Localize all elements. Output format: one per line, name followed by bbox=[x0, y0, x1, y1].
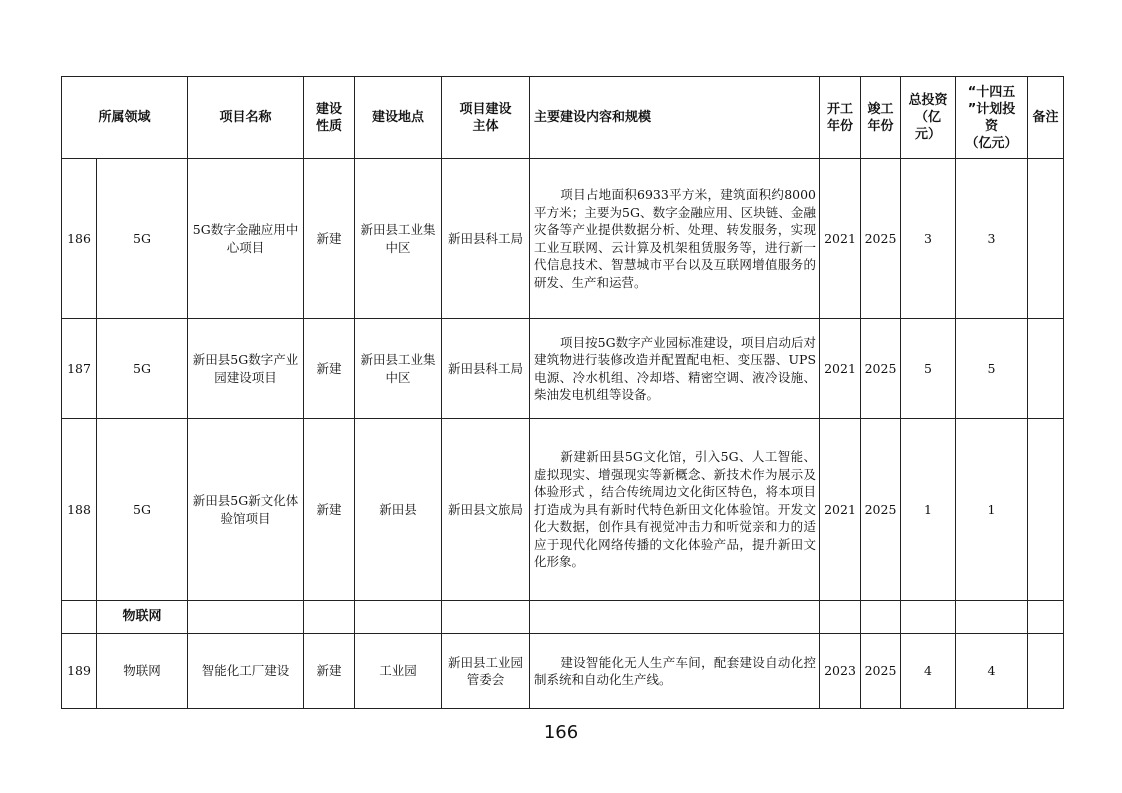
row-owner: 新田县文旅局 bbox=[442, 419, 530, 601]
row-total-investment: 1 bbox=[901, 419, 956, 601]
row-start-year: 2021 bbox=[820, 319, 861, 419]
row-location: 新田县工业集中区 bbox=[355, 159, 442, 319]
row-field: 物联网 bbox=[97, 634, 188, 709]
row-number: 186 bbox=[62, 159, 97, 319]
row-content-text: 建设智能化无人生产车间，配套建设自动化控制系统和自动化生产线。 bbox=[534, 655, 816, 688]
row-number: 187 bbox=[62, 319, 97, 419]
header-start-year: 开工 年份 bbox=[820, 77, 861, 159]
row-total-investment: 3 bbox=[901, 159, 956, 319]
row-owner: 新田县科工局 bbox=[442, 319, 530, 419]
row-nature: 新建 bbox=[304, 319, 355, 419]
header-project-name: 项目名称 bbox=[188, 77, 304, 159]
row-content: 项目按5G数字产业园标准建设，项目启动后对建筑物进行装修改造并配置配电柜、变压器… bbox=[530, 319, 820, 419]
row-number: 189 bbox=[62, 634, 97, 709]
header-row: 所属领域 项目名称 建设 性质 建设地点 项目建设 主体 主要建设内容和规模 开… bbox=[62, 77, 1064, 159]
row-location: 工业园 bbox=[355, 634, 442, 709]
row-field: 5G bbox=[97, 159, 188, 319]
row-location: 新田县工业集中区 bbox=[355, 319, 442, 419]
row-field: 5G bbox=[97, 419, 188, 601]
row-plan-investment: 4 bbox=[956, 634, 1028, 709]
row-field: 5G bbox=[97, 319, 188, 419]
header-location: 建设地点 bbox=[355, 77, 442, 159]
table-row: 186 5G 5G数字金融应用中心项目 新建 新田县工业集中区 新田县科工局 项… bbox=[62, 159, 1064, 319]
row-location: 新田县 bbox=[355, 419, 442, 601]
row-nature: 新建 bbox=[304, 419, 355, 601]
row-content-text: 新建新田县5G文化馆，引入5G、人工智能、虚拟现实、增强现实等新概念、新技术作为… bbox=[534, 449, 816, 569]
row-start-year: 2023 bbox=[820, 634, 861, 709]
header-field: 所属领域 bbox=[62, 77, 188, 159]
row-content-text: 项目占地面积6933平方米，建筑面积约8000平方米；主要为5G、数字金融应用、… bbox=[534, 187, 816, 290]
row-remarks bbox=[1028, 319, 1064, 419]
section-label: 物联网 bbox=[97, 601, 188, 634]
row-end-year: 2025 bbox=[861, 419, 901, 601]
table-row: 189 物联网 智能化工厂建设 新建 工业园 新田县工业园管委会 建设智能化无人… bbox=[62, 634, 1064, 709]
row-number: 188 bbox=[62, 419, 97, 601]
row-plan-investment: 1 bbox=[956, 419, 1028, 601]
table-row: 188 5G 新田县5G新文化体验馆项目 新建 新田县 新田县文旅局 新建新田县… bbox=[62, 419, 1064, 601]
row-content: 项目占地面积6933平方米，建筑面积约8000平方米；主要为5G、数字金融应用、… bbox=[530, 159, 820, 319]
header-content: 主要建设内容和规模 bbox=[530, 77, 820, 159]
row-owner: 新田县科工局 bbox=[442, 159, 530, 319]
row-project-name: 新田县5G数字产业园建设项目 bbox=[188, 319, 304, 419]
row-content: 建设智能化无人生产车间，配套建设自动化控制系统和自动化生产线。 bbox=[530, 634, 820, 709]
page-number: 166 bbox=[0, 722, 1122, 743]
row-remarks bbox=[1028, 419, 1064, 601]
header-total-investment: 总投资 （亿 元） bbox=[901, 77, 956, 159]
row-remarks bbox=[1028, 634, 1064, 709]
header-end-year: 竣工 年份 bbox=[861, 77, 901, 159]
row-plan-investment: 5 bbox=[956, 319, 1028, 419]
row-nature: 新建 bbox=[304, 634, 355, 709]
header-owner: 项目建设 主体 bbox=[442, 77, 530, 159]
row-start-year: 2021 bbox=[820, 159, 861, 319]
row-owner: 新田县工业园管委会 bbox=[442, 634, 530, 709]
row-remarks bbox=[1028, 159, 1064, 319]
section-row: 物联网 bbox=[62, 601, 1064, 634]
header-plan-investment: “十四五 ”计划投 资 （亿元） bbox=[956, 77, 1028, 159]
row-end-year: 2025 bbox=[861, 319, 901, 419]
row-project-name: 新田县5G新文化体验馆项目 bbox=[188, 419, 304, 601]
row-end-year: 2025 bbox=[861, 634, 901, 709]
header-nature: 建设 性质 bbox=[304, 77, 355, 159]
row-plan-investment: 3 bbox=[956, 159, 1028, 319]
row-end-year: 2025 bbox=[861, 159, 901, 319]
row-project-name: 智能化工厂建设 bbox=[188, 634, 304, 709]
header-remarks: 备注 bbox=[1028, 77, 1064, 159]
row-total-investment: 5 bbox=[901, 319, 956, 419]
row-nature: 新建 bbox=[304, 159, 355, 319]
row-content: 新建新田县5G文化馆，引入5G、人工智能、虚拟现实、增强现实等新概念、新技术作为… bbox=[530, 419, 820, 601]
project-table: 所属领域 项目名称 建设 性质 建设地点 项目建设 主体 主要建设内容和规模 开… bbox=[61, 76, 1064, 709]
row-content-text: 项目按5G数字产业园标准建设，项目启动后对建筑物进行装修改造并配置配电柜、变压器… bbox=[534, 335, 816, 403]
row-total-investment: 4 bbox=[901, 634, 956, 709]
table-row: 187 5G 新田县5G数字产业园建设项目 新建 新田县工业集中区 新田县科工局… bbox=[62, 319, 1064, 419]
row-start-year: 2021 bbox=[820, 419, 861, 601]
row-project-name: 5G数字金融应用中心项目 bbox=[188, 159, 304, 319]
